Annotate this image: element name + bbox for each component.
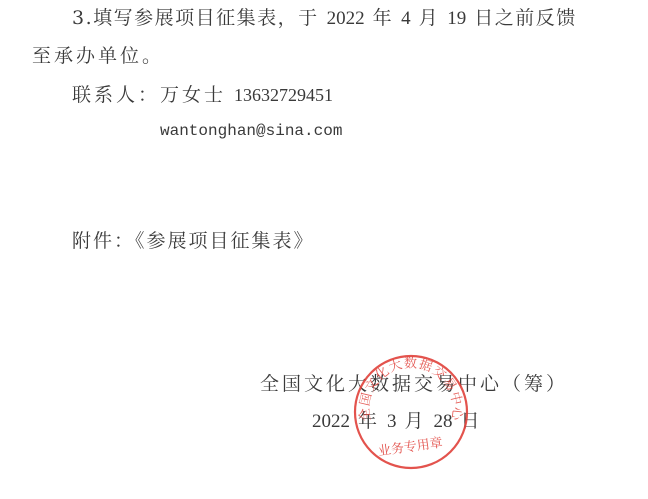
year-unit: 年 xyxy=(373,7,394,29)
item-number: 3. xyxy=(72,7,93,29)
sign-month-unit: 月 xyxy=(405,410,426,432)
deadline-day: 19 xyxy=(447,8,466,29)
contact-phone: 13632729451 xyxy=(234,85,333,105)
deadline-year: 2022 xyxy=(327,8,365,29)
contact-label: 联系人： xyxy=(72,84,160,106)
item-text: 填写参展项目征集表，于 xyxy=(93,7,319,29)
attachment-label: 附件： xyxy=(72,230,135,252)
item-3-continuation: 至承办单位。 xyxy=(32,44,164,68)
sign-month: 3 xyxy=(387,411,397,432)
sign-year-unit: 年 xyxy=(358,410,379,432)
sign-day-unit: 日 xyxy=(461,410,482,432)
signature-date: 2022年3月28日 xyxy=(312,409,482,434)
deadline-month: 4 xyxy=(401,8,411,29)
attachment-title: 《参展项目征集表》 xyxy=(135,230,315,252)
seal-center-text: 业务专用章 xyxy=(377,435,444,460)
item-text-end: 日之前反馈 xyxy=(474,7,577,29)
item-3-line: 3.填写参展项目征集表，于2022年4月19日之前反馈 xyxy=(72,6,577,31)
sign-year: 2022 xyxy=(312,411,350,432)
contact-email: wantonghan@sina.com xyxy=(160,119,342,143)
sign-day: 28 xyxy=(434,411,453,432)
signature-organization: 全国文化大数据交易中心（筹） xyxy=(260,372,568,396)
month-unit: 月 xyxy=(419,7,440,29)
attachment-line: 附件：《参展项目征集表》 xyxy=(72,229,315,253)
contact-line: 联系人：万女士13632729451 xyxy=(72,83,333,107)
contact-name: 万女士 xyxy=(160,84,226,106)
